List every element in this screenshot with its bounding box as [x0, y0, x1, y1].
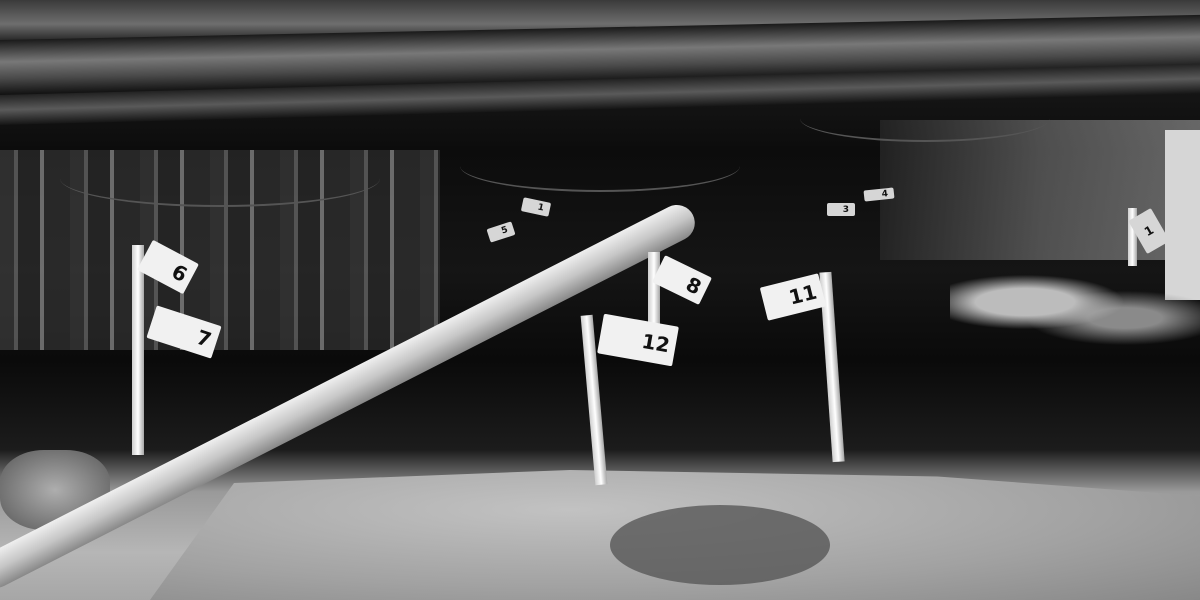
floor-stain [610, 505, 830, 585]
evidence-marker-8: 8 [652, 255, 712, 305]
photograph-scene: 6 7 5 1 8 12 11 3 4 1 [0, 0, 1200, 600]
hanging-cable [60, 150, 380, 207]
evidence-marker-11: 11 [760, 273, 826, 321]
marker-stake [132, 245, 144, 455]
evidence-marker-1: 1 [521, 197, 551, 217]
evidence-marker-5: 5 [486, 221, 515, 242]
hanging-cable [800, 95, 1050, 142]
marker-stake [648, 252, 660, 332]
rubble-pile [950, 270, 1200, 350]
evidence-marker-3: 3 [827, 203, 855, 216]
hanging-cable [460, 140, 740, 192]
evidence-marker-12: 12 [597, 314, 679, 367]
